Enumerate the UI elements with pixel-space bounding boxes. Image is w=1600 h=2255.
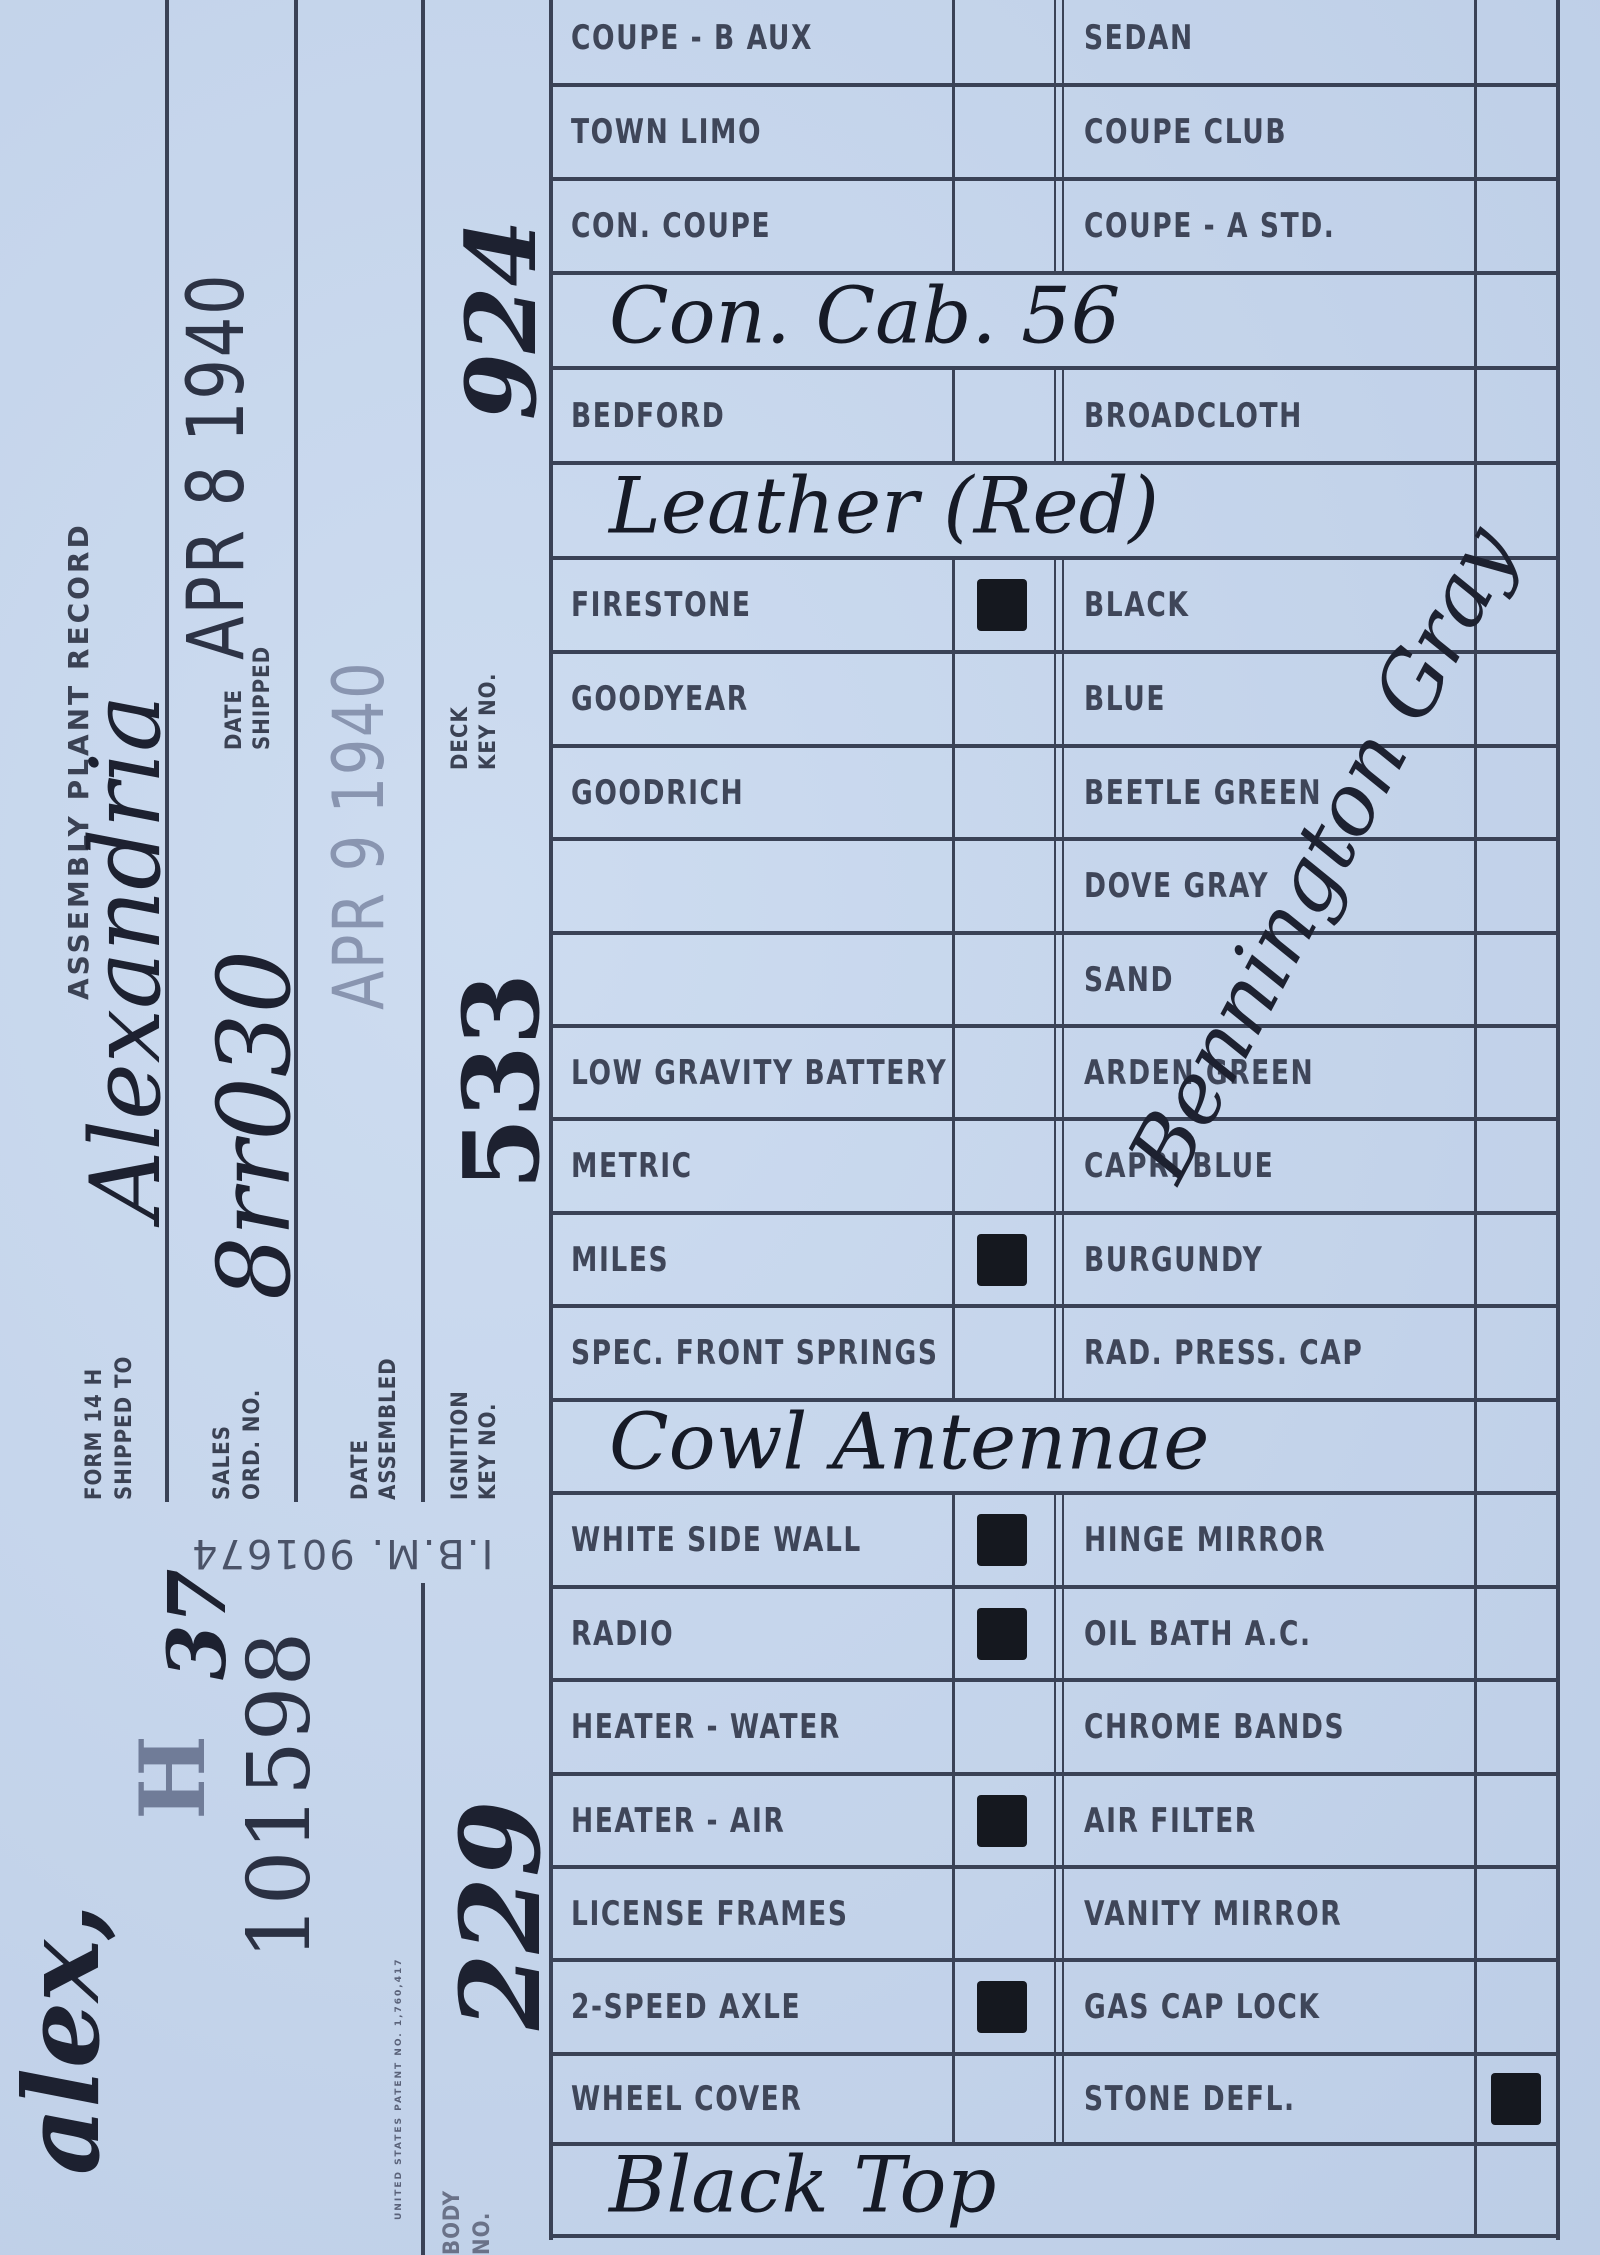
option-checkbox-left[interactable] bbox=[957, 1121, 1052, 1211]
col-divider-double-b bbox=[1062, 935, 1064, 1024]
option-label-left: SPEC. FRONT SPRINGS bbox=[571, 1333, 939, 1373]
option-checkbox-right[interactable] bbox=[1479, 1962, 1556, 2052]
divider-body-no bbox=[421, 1583, 425, 2255]
col-divider-mid bbox=[952, 87, 955, 177]
column-divider bbox=[1474, 1402, 1477, 1491]
col-divider-right bbox=[1474, 181, 1477, 271]
col-divider-double-b bbox=[1062, 87, 1064, 177]
table-row: BEDFORDBROADCLOTH bbox=[549, 370, 1560, 465]
handwritten-entry: Con. Cab. 56 bbox=[609, 271, 1120, 361]
col-divider-double-b bbox=[1062, 181, 1064, 271]
option-label-right: BLACK bbox=[1084, 585, 1189, 625]
option-label-right: COUPE - A STD. bbox=[1084, 206, 1335, 246]
checked-mark-icon bbox=[977, 1608, 1027, 1660]
col-divider-mid bbox=[952, 1495, 955, 1585]
ibm-code: I.B.M. 901674 bbox=[190, 1530, 493, 1576]
option-checkbox-right[interactable] bbox=[1479, 1028, 1556, 1117]
col-divider-mid bbox=[952, 1028, 955, 1117]
option-checkbox-left[interactable] bbox=[957, 1682, 1052, 1772]
column-divider bbox=[1474, 275, 1477, 366]
col-divider-right bbox=[1474, 1121, 1477, 1211]
date-assembled-label-1: DATE bbox=[348, 1439, 374, 1500]
serial-number: 101598 bbox=[230, 1632, 330, 1960]
table-row: COUPE - B AUXSEDAN bbox=[549, 0, 1560, 87]
option-checkbox-right[interactable] bbox=[1479, 748, 1556, 837]
date-shipped-label-1: DATE bbox=[222, 689, 248, 750]
option-checkbox-left[interactable] bbox=[957, 181, 1052, 271]
option-checkbox-left[interactable] bbox=[957, 1962, 1052, 2052]
col-divider-double-b bbox=[1062, 1215, 1064, 1304]
option-label-right: RAD. PRESS. CAP bbox=[1084, 1333, 1363, 1373]
date-shipped-value: APR 8 1940 bbox=[172, 273, 262, 660]
col-divider-right bbox=[1474, 841, 1477, 931]
option-checkbox-left[interactable] bbox=[957, 1495, 1052, 1585]
option-label-left: GOODRICH bbox=[571, 773, 744, 813]
handwritten-entry: Leather (Red) bbox=[609, 461, 1159, 551]
option-label-right: AIR FILTER bbox=[1084, 1801, 1257, 1841]
col-divider-right bbox=[1474, 1682, 1477, 1772]
col-divider-mid bbox=[952, 654, 955, 744]
col-divider-right bbox=[1474, 0, 1477, 83]
table-row: METRICCAPRI BLUE bbox=[549, 1121, 1560, 1215]
option-label-left: LICENSE FRAMES bbox=[571, 1894, 848, 1934]
option-checkbox-left[interactable] bbox=[957, 1776, 1052, 1865]
col-divider-right bbox=[1474, 1869, 1477, 1958]
col-divider-mid bbox=[952, 560, 955, 650]
option-checkbox-right[interactable] bbox=[1479, 1308, 1556, 1398]
col-divider-double-a bbox=[1054, 1308, 1056, 1398]
option-checkbox-right[interactable] bbox=[1479, 1682, 1556, 1772]
date-shipped-label-2: SHIPPED bbox=[250, 646, 276, 750]
patent-text: UNITED STATES PATENT NO. 1,760,417 bbox=[394, 1957, 404, 2220]
serial-prefix: H bbox=[120, 1735, 226, 1820]
table-row: RADIOOIL BATH A.C. bbox=[549, 1589, 1560, 1682]
col-divider-mid bbox=[952, 1308, 955, 1398]
table-row: WHEEL COVERSTONE DEFL. bbox=[549, 2056, 1560, 2146]
option-label-left: HEATER - AIR bbox=[571, 1801, 785, 1841]
body-no-value: 229 bbox=[436, 1800, 565, 2030]
option-checkbox-right[interactable] bbox=[1479, 1121, 1556, 1211]
table-row: MILESBURGUNDY bbox=[549, 1215, 1560, 1308]
table-row: HEATER - WATERCHROME BANDS bbox=[549, 1682, 1560, 1776]
option-checkbox-right[interactable] bbox=[1479, 1776, 1556, 1865]
option-checkbox-right[interactable] bbox=[1479, 0, 1556, 83]
deck-key-value: 924 bbox=[445, 220, 558, 420]
checked-mark-icon bbox=[977, 1514, 1027, 1566]
col-divider-mid bbox=[952, 1589, 955, 1678]
col-divider-right bbox=[1474, 935, 1477, 1024]
option-label-right: COUPE CLUB bbox=[1084, 112, 1287, 152]
option-checkbox-left[interactable] bbox=[957, 2056, 1052, 2142]
column-divider bbox=[1474, 2146, 1477, 2234]
table-row: Black Top bbox=[549, 2146, 1560, 2238]
col-divider-double-b bbox=[1062, 1869, 1064, 1958]
col-divider-double-a bbox=[1054, 935, 1056, 1024]
table-row: DOVE GRAY bbox=[549, 841, 1560, 935]
table-row: Cowl Antennae bbox=[549, 1402, 1560, 1495]
col-divider-mid bbox=[952, 1869, 955, 1958]
option-checkbox-left[interactable] bbox=[957, 87, 1052, 177]
col-divider-mid bbox=[952, 1682, 955, 1772]
col-divider-mid bbox=[952, 2056, 955, 2142]
col-divider-double-b bbox=[1062, 1962, 1064, 2052]
option-checkbox-right[interactable] bbox=[1479, 1495, 1556, 1585]
col-divider-double-b bbox=[1062, 1028, 1064, 1117]
col-divider-right bbox=[1474, 1962, 1477, 2052]
col-divider-double-b bbox=[1062, 1682, 1064, 1772]
col-divider-double-b bbox=[1062, 654, 1064, 744]
option-checkbox-left[interactable] bbox=[957, 0, 1052, 83]
option-checkbox-right[interactable] bbox=[1479, 935, 1556, 1024]
table-row: TOWN LIMOCOUPE CLUB bbox=[549, 87, 1560, 181]
option-checkbox-right[interactable] bbox=[1479, 87, 1556, 177]
col-divider-double-b bbox=[1062, 841, 1064, 931]
col-divider-right bbox=[1474, 370, 1477, 461]
option-checkbox-left[interactable] bbox=[957, 1589, 1052, 1678]
col-divider-mid bbox=[952, 748, 955, 837]
option-checkbox-right[interactable] bbox=[1479, 181, 1556, 271]
option-label-left: CON. COUPE bbox=[571, 206, 771, 246]
option-label-left: BEDFORD bbox=[571, 396, 725, 436]
col-divider-double-b bbox=[1062, 0, 1064, 83]
table-row: Con. Cab. 56 bbox=[549, 275, 1560, 370]
option-checkbox-left[interactable] bbox=[957, 1869, 1052, 1958]
col-divider-double-b bbox=[1062, 1495, 1064, 1585]
col-divider-right bbox=[1474, 1589, 1477, 1678]
col-divider-double-a bbox=[1054, 1869, 1056, 1958]
checked-mark-icon bbox=[977, 1234, 1027, 1286]
option-checkbox-left[interactable] bbox=[957, 1215, 1052, 1304]
option-checkbox-right[interactable] bbox=[1479, 1589, 1556, 1678]
col-divider-double-b bbox=[1062, 1589, 1064, 1678]
option-label-left: FIRESTONE bbox=[571, 585, 752, 625]
option-label-left: LOW GRAVITY BATTERY bbox=[571, 1053, 947, 1093]
table-row: LICENSE FRAMESVANITY MIRROR bbox=[549, 1869, 1560, 1962]
table-row: 2-SPEED AXLEGAS CAP LOCK bbox=[549, 1962, 1560, 2056]
col-divider-double-a bbox=[1054, 654, 1056, 744]
option-label-right: BURGUNDY bbox=[1084, 1240, 1263, 1280]
deck-key-label-1: DECK bbox=[448, 706, 474, 770]
option-label-left: WHEEL COVER bbox=[571, 2079, 802, 2119]
col-divider-mid bbox=[952, 0, 955, 83]
option-label-left: GOODYEAR bbox=[571, 679, 749, 719]
col-divider-double-a bbox=[1054, 87, 1056, 177]
col-divider-double-a bbox=[1054, 1495, 1056, 1585]
ignition-key-value: 533 bbox=[440, 973, 563, 1190]
col-divider-double-a bbox=[1054, 1776, 1056, 1865]
col-divider-right bbox=[1474, 1495, 1477, 1585]
option-label-right: BLUE bbox=[1084, 679, 1166, 719]
col-divider-double-a bbox=[1054, 0, 1056, 83]
col-divider-mid bbox=[952, 1962, 955, 2052]
option-label-right: OIL BATH A.C. bbox=[1084, 1614, 1312, 1654]
sales-order-value: 8rr030 bbox=[196, 950, 313, 1300]
option-label-left: COUPE - B AUX bbox=[571, 18, 813, 58]
col-divider-right bbox=[1474, 748, 1477, 837]
option-checkbox-right[interactable] bbox=[1479, 370, 1556, 461]
option-label-left: TOWN LIMO bbox=[571, 112, 762, 152]
option-label-right: VANITY MIRROR bbox=[1084, 1894, 1342, 1934]
option-label-right: BROADCLOTH bbox=[1084, 396, 1303, 436]
table-row: Leather (Red) bbox=[549, 465, 1560, 560]
option-checkbox-right[interactable] bbox=[1479, 1869, 1556, 1958]
col-divider-double-a bbox=[1054, 1215, 1056, 1304]
option-checkbox-right[interactable] bbox=[1479, 2056, 1556, 2142]
handwritten-entry: Cowl Antennae bbox=[609, 1397, 1209, 1487]
body-no-label-1: BODY bbox=[440, 2190, 466, 2255]
col-divider-mid bbox=[952, 370, 955, 461]
col-divider-double-b bbox=[1062, 2056, 1064, 2142]
col-divider-double-a bbox=[1054, 1962, 1056, 2052]
shipped-to-label: SHIPPED TO bbox=[112, 1356, 138, 1500]
option-checkbox-left[interactable] bbox=[957, 841, 1052, 931]
option-checkbox-left[interactable] bbox=[957, 654, 1052, 744]
col-divider-double-a bbox=[1054, 1682, 1056, 1772]
col-divider-double-b bbox=[1062, 1776, 1064, 1865]
col-divider-mid bbox=[952, 1776, 955, 1865]
col-divider-mid bbox=[952, 181, 955, 271]
deck-key-label-2: KEY NO. bbox=[476, 672, 502, 770]
table-row: SPEC. FRONT SPRINGSRAD. PRESS. CAP bbox=[549, 1308, 1560, 1402]
form-number-label: FORM 14 H bbox=[82, 1368, 108, 1500]
col-divider-double-b bbox=[1062, 370, 1064, 461]
divider-date-assembled bbox=[421, 0, 425, 1502]
sales-order-label-2: ORD. NO. bbox=[240, 1389, 266, 1500]
col-divider-double-a bbox=[1054, 181, 1056, 271]
col-divider-double-b bbox=[1062, 1308, 1064, 1398]
table-row: CON. COUPECOUPE - A STD. bbox=[549, 181, 1560, 275]
table-row: LOW GRAVITY BATTERYARDEN GREEN bbox=[549, 1028, 1560, 1121]
col-divider-mid bbox=[952, 841, 955, 931]
option-label-right: GAS CAP LOCK bbox=[1084, 1987, 1321, 2027]
col-divider-double-a bbox=[1054, 841, 1056, 931]
option-checkbox-left[interactable] bbox=[957, 370, 1052, 461]
col-divider-right bbox=[1474, 1308, 1477, 1398]
handwritten-dealer: alex, bbox=[0, 1904, 123, 2175]
option-checkbox-left[interactable] bbox=[957, 1308, 1052, 1398]
col-divider-double-a bbox=[1054, 2056, 1056, 2142]
options-table: COUPE - B AUXSEDANTOWN LIMOCOUPE CLUBCON… bbox=[549, 0, 1562, 2240]
col-divider-mid bbox=[952, 1121, 955, 1211]
date-assembled-label-2: ASSEMBLED bbox=[376, 1357, 402, 1500]
checked-mark-icon bbox=[977, 579, 1027, 631]
option-checkbox-right[interactable] bbox=[1479, 1215, 1556, 1304]
col-divider-right bbox=[1474, 87, 1477, 177]
option-label-right: STONE DEFL. bbox=[1084, 2079, 1296, 2119]
col-divider-right bbox=[1474, 1215, 1477, 1304]
option-checkbox-left[interactable] bbox=[957, 1028, 1052, 1117]
option-checkbox-left[interactable] bbox=[957, 935, 1052, 1024]
option-label-left: 2-SPEED AXLE bbox=[571, 1987, 801, 2027]
option-checkbox-left[interactable] bbox=[957, 560, 1052, 650]
col-divider-double-a bbox=[1054, 560, 1056, 650]
col-divider-double-a bbox=[1054, 370, 1056, 461]
col-divider-double-b bbox=[1062, 560, 1064, 650]
sales-order-label-1: SALES bbox=[210, 1425, 236, 1500]
body-no-label-2: NO. bbox=[470, 2212, 496, 2255]
option-label-right: CHROME BANDS bbox=[1084, 1707, 1345, 1747]
option-label-left: HEATER - WATER bbox=[571, 1707, 841, 1747]
col-divider-right bbox=[1474, 1028, 1477, 1117]
col-divider-mid bbox=[952, 1215, 955, 1304]
checked-mark-icon bbox=[977, 1795, 1027, 1847]
option-label-left: METRIC bbox=[571, 1146, 693, 1186]
col-divider-double-a bbox=[1054, 1121, 1056, 1211]
col-divider-mid bbox=[952, 935, 955, 1024]
option-label-left: WHITE SIDE WALL bbox=[571, 1520, 862, 1560]
option-label-right: HINGE MIRROR bbox=[1084, 1520, 1326, 1560]
table-row: HEATER - AIRAIR FILTER bbox=[549, 1776, 1560, 1869]
option-checkbox-right[interactable] bbox=[1479, 841, 1556, 931]
col-divider-double-a bbox=[1054, 1028, 1056, 1117]
col-divider-double-b bbox=[1062, 1121, 1064, 1211]
option-label-right: SEDAN bbox=[1084, 18, 1194, 58]
col-divider-double-a bbox=[1054, 1589, 1056, 1678]
checked-mark-icon bbox=[977, 1981, 1027, 2033]
table-row: SAND bbox=[549, 935, 1560, 1028]
option-label-right: BEETLE GREEN bbox=[1084, 773, 1322, 813]
col-divider-double-b bbox=[1062, 748, 1064, 837]
option-label-right: SAND bbox=[1084, 960, 1174, 1000]
ignition-key-label-2: KEY NO. bbox=[476, 1402, 502, 1500]
shipped-to-value: Alexandria bbox=[70, 695, 182, 1220]
col-divider-right bbox=[1474, 1776, 1477, 1865]
option-label-left: MILES bbox=[571, 1240, 669, 1280]
option-checkbox-right[interactable] bbox=[1479, 654, 1556, 744]
table-row: WHITE SIDE WALLHINGE MIRROR bbox=[549, 1495, 1560, 1589]
col-divider-right bbox=[1474, 2056, 1477, 2142]
col-divider-double-a bbox=[1054, 748, 1056, 837]
handwritten-entry: Black Top bbox=[609, 2141, 996, 2231]
option-checkbox-left[interactable] bbox=[957, 748, 1052, 837]
checked-mark-icon bbox=[1491, 2073, 1541, 2125]
ignition-key-label-1: IGNITION bbox=[448, 1390, 474, 1500]
date-assembled-value: APR 9 1940 bbox=[318, 661, 400, 1010]
option-label-left: RADIO bbox=[571, 1614, 674, 1654]
